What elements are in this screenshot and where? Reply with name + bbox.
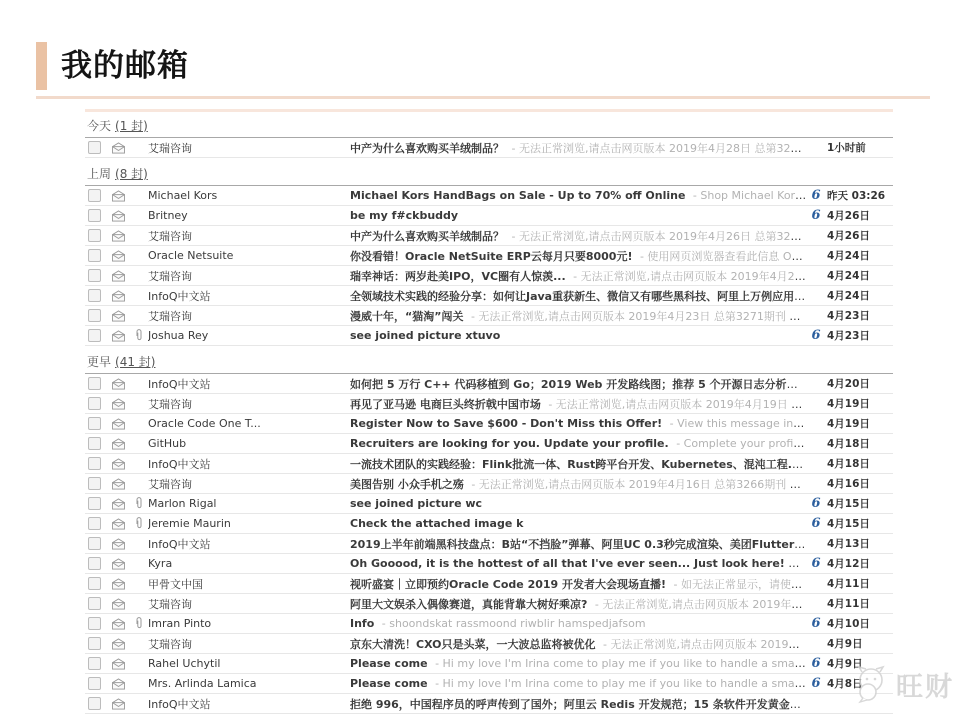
envelope-icon: [111, 378, 135, 390]
subject-cell: 京东大清洗！CXO只是头菜，一大波总监将被优化 - 无法正常浏览,请点击网页版本…: [350, 636, 807, 652]
row-checkbox-cell: [85, 557, 111, 570]
envelope-icon: [111, 190, 135, 202]
row-checkbox-cell: [85, 517, 111, 530]
envelope-icon: [111, 658, 135, 670]
subject-preview: - shoondskat rassmoond riwblir hamspedja…: [382, 617, 646, 630]
mail-date: 4月24日: [825, 268, 893, 283]
subject-preview: - 无法正常浏览,请点击网页版本 2019年4月24日 总第3265期刊 艾瑞网…: [573, 270, 807, 283]
subject-text: be my f#ckbuddy: [350, 209, 458, 222]
row-checkbox[interactable]: [88, 209, 101, 222]
envelope-icon: [111, 210, 135, 222]
row-checkbox[interactable]: [88, 249, 101, 262]
sender-name: Jeremie Maurin: [148, 517, 350, 530]
envelope-icon: [111, 438, 135, 450]
subject-preview: - Hi my love I'm Irina come to play me i…: [435, 657, 807, 670]
mail-date: 4月19日: [825, 396, 893, 411]
mail-row[interactable]: InfoQ中文站 拒绝 996，中国程序员的呼声传到了国外；阿里云 Redis …: [85, 694, 893, 714]
row-checkbox[interactable]: [88, 677, 101, 690]
watermark-dog-icon: [851, 664, 893, 704]
row-checkbox-cell: [85, 309, 111, 322]
mail-row[interactable]: 艾瑞咨询 瑞幸神话：两岁赴美IPO，VC圈有人惊羡... - 无法正常浏览,请点…: [85, 266, 893, 286]
envelope-icon: [111, 518, 135, 530]
envelope-icon: [111, 538, 135, 550]
subject-text: 全领域技术实践的经验分享：如何让Java重获新生、微信又有哪些黑科技、阿里上万例…: [350, 290, 807, 303]
row-checkbox[interactable]: [88, 229, 101, 242]
row-checkbox-cell: [85, 477, 111, 490]
mail-date: 4月16日: [825, 476, 893, 491]
envelope-icon: [111, 310, 135, 322]
row-checkbox[interactable]: [88, 309, 101, 322]
subject-cell: Recruiters are looking for you. Update y…: [350, 437, 807, 450]
subject-text: 美图告别 小众手机之殇: [350, 478, 464, 491]
mail-row[interactable]: 艾瑞咨询 阿里大文娱杀入偶像赛道，真能背靠大树好乘凉? - 无法正常浏览,请点击…: [85, 594, 893, 614]
mail-date: 4月23日: [825, 328, 893, 343]
row-checkbox[interactable]: [88, 269, 101, 282]
mail-row[interactable]: 艾瑞咨询 漫威十年，“猫淘”闯关 - 无法正常浏览,请点击网页版本 2019年4…: [85, 306, 893, 326]
subject-cell: 视听盛宴｜立即预约Oracle Code 2019 开发者大会现场直播! - 如…: [350, 576, 807, 592]
mail-row[interactable]: 艾瑞咨询 美图告别 小众手机之殇 - 无法正常浏览,请点击网页版本 2019年4…: [85, 474, 893, 494]
paperclip-icon: [135, 329, 148, 342]
blue-marker-icon: 6: [807, 657, 825, 670]
row-checkbox-cell: [85, 249, 111, 262]
mail-row[interactable]: 艾瑞咨询 中产为什么喜欢购买羊绒制品？ - 无法正常浏览,请点击网页版本 201…: [85, 138, 893, 158]
row-checkbox-cell: [85, 417, 111, 430]
subject-preview: - Looking for hot girls and womens? Want…: [792, 557, 807, 570]
subject-cell: Check the attached image k: [350, 517, 807, 530]
mail-date: 4月24日: [825, 248, 893, 263]
envelope-icon: [111, 290, 135, 302]
subject-cell: 你没看错！Oracle NetSuite ERP云每月只要8000元! - 使用…: [350, 248, 807, 264]
subject-preview: - 使用网页浏览器查看此信息 Oracle NetSuit ERP云 小企业版 …: [640, 250, 807, 263]
mail-row[interactable]: Kyra Oh Gooood, it is the hottest of all…: [85, 554, 893, 574]
row-checkbox[interactable]: [88, 477, 101, 490]
subject-text: 瑞幸神话：两岁赴美IPO，VC圈有人惊羡...: [350, 270, 566, 283]
sender-name: 艾瑞咨询: [148, 396, 350, 412]
row-checkbox-cell: [85, 497, 111, 510]
subject-cell: Oh Gooood, it is the hottest of all that…: [350, 557, 807, 570]
subject-cell: Info - shoondskat rassmoond riwblir hams…: [350, 617, 807, 630]
sender-name: Marlon Rigal: [148, 497, 350, 510]
subject-cell: 漫威十年，“猫淘”闯关 - 无法正常浏览,请点击网页版本 2019年4月23日 …: [350, 308, 807, 324]
mail-row[interactable]: Marlon Rigal see joined picture wc 6 4月1…: [85, 494, 893, 514]
envelope-icon: [111, 250, 135, 262]
row-checkbox-cell: [85, 209, 111, 222]
mail-date: 4月24日: [825, 288, 893, 303]
row-checkbox[interactable]: [88, 417, 101, 430]
mail-row[interactable]: Britney be my f#ckbuddy 6 4月26日: [85, 206, 893, 226]
subject-text: 再见了亚马逊 电商巨头终折戟中国市场: [350, 398, 541, 411]
row-checkbox[interactable]: [88, 329, 101, 342]
subject-text: 你没看错！Oracle NetSuite ERP云每月只要8000元!: [350, 250, 632, 263]
subject-preview: - View this message in a Web browser Joi…: [670, 417, 807, 430]
subject-text: Info: [350, 617, 374, 630]
mail-date: 4月18日: [825, 436, 893, 451]
row-checkbox[interactable]: [88, 557, 101, 570]
mail-row[interactable]: Jeremie Maurin Check the attached image …: [85, 514, 893, 534]
row-checkbox-cell: [85, 697, 111, 710]
envelope-icon: [111, 458, 135, 470]
subject-text: 阿里大文娱杀入偶像赛道，真能背靠大树好乘凉?: [350, 598, 587, 611]
mail-date: 昨天 03:26: [825, 188, 893, 203]
subject-text: 中产为什么喜欢购买羊绒制品？: [350, 142, 504, 155]
row-checkbox[interactable]: [88, 437, 101, 450]
row-checkbox[interactable]: [88, 189, 101, 202]
mail-row[interactable]: Oracle Code One T... Register Now to Sav…: [85, 414, 893, 434]
row-checkbox-cell: [85, 437, 111, 450]
sender-name: 艾瑞咨询: [148, 308, 350, 324]
row-checkbox-cell: [85, 597, 111, 610]
mail-date: 4月26日: [825, 228, 893, 243]
blue-marker-icon: 6: [807, 189, 825, 202]
sender-name: Imran Pinto: [148, 617, 350, 630]
mail-row[interactable]: Imran Pinto Info - shoondskat rassmoond …: [85, 614, 893, 634]
mail-row[interactable]: Michael Kors Michael Kors HandBags on Sa…: [85, 186, 893, 206]
sender-name: Britney: [148, 209, 350, 222]
mail-date: 4月20日: [825, 376, 893, 391]
sender-name: Oracle Netsuite: [148, 249, 350, 262]
mail-row[interactable]: GitHub Recruiters are looking for you. U…: [85, 434, 893, 454]
sender-name: 艾瑞咨询: [148, 228, 350, 244]
subject-preview: - Complete your profile to stand out and…: [676, 437, 807, 450]
subject-cell: 再见了亚马逊 电商巨头终折戟中国市场 - 无法正常浏览,请点击网页版本 2019…: [350, 396, 807, 412]
envelope-icon: [111, 578, 135, 590]
blue-marker-icon: 6: [807, 517, 825, 530]
mail-date: 4月13日: [825, 536, 893, 551]
sender-name: InfoQ中文站: [148, 696, 350, 712]
sender-name: Mrs. Arlinda Lamica: [148, 677, 350, 690]
mail-section-header: 上周 (8 封): [85, 161, 893, 186]
envelope-icon: [111, 678, 135, 690]
mail-date: 4月26日: [825, 208, 893, 223]
section-count-link[interactable]: (8 封): [115, 165, 148, 182]
envelope-icon: [111, 598, 135, 610]
mail-row[interactable]: Mrs. Arlinda Lamica Please come - Hi my …: [85, 674, 893, 694]
row-checkbox[interactable]: [88, 397, 101, 410]
row-checkbox-cell: [85, 537, 111, 550]
title-accent-bar: [36, 42, 47, 90]
row-checkbox-cell: [85, 329, 111, 342]
subject-preview: - 无法正常浏览,请点击网页版本 2019年4月28日 总第3272期刊 艾瑞网…: [512, 142, 808, 155]
sender-name: GitHub: [148, 437, 350, 450]
mail-date: 1小时前: [825, 140, 893, 155]
row-checkbox-cell: [85, 377, 111, 390]
sender-name: Oracle Code One T...: [148, 417, 350, 430]
subject-cell: Register Now to Save $600 - Don't Miss t…: [350, 417, 807, 430]
envelope-icon: [111, 618, 135, 630]
row-checkbox[interactable]: [88, 577, 101, 590]
mail-row[interactable]: InfoQ中文站 如何把 5 万行 C++ 代码移植到 Go；2019 Web …: [85, 374, 893, 394]
paperclip-icon: [135, 517, 148, 530]
subject-cell: 中产为什么喜欢购买羊绒制品？ - 无法正常浏览,请点击网页版本 2019年4月2…: [350, 228, 807, 244]
mail-row[interactable]: 艾瑞咨询 再见了亚马逊 电商巨头终折戟中国市场 - 无法正常浏览,请点击网页版本…: [85, 394, 893, 414]
mail-date: 4月15日: [825, 496, 893, 511]
sender-name: InfoQ中文站: [148, 456, 350, 472]
paperclip-icon: [135, 617, 148, 630]
mail-date: 4月18日: [825, 456, 893, 471]
mail-date: 4月23日: [825, 308, 893, 323]
watermark-text: 旺财: [896, 665, 954, 704]
subject-text: Register Now to Save $600 - Don't Miss t…: [350, 417, 662, 430]
subject-preview: - 无法正常浏览,请点击网页版本 2019年4月19日 总第3264期刊 艾瑞网…: [548, 398, 807, 411]
subject-text: Please come: [350, 677, 428, 690]
subject-text: Check the attached image k: [350, 517, 523, 530]
row-checkbox-cell: [85, 657, 111, 670]
section-label: 更早: [87, 353, 111, 370]
row-checkbox[interactable]: [88, 657, 101, 670]
subject-text: 如何把 5 万行 C++ 代码移植到 Go；2019 Web 开发路线图；推荐 …: [350, 378, 807, 391]
envelope-icon: [111, 558, 135, 570]
row-checkbox[interactable]: [88, 457, 101, 470]
row-checkbox[interactable]: [88, 637, 101, 650]
subject-cell: 如何把 5 万行 C++ 代码移植到 Go；2019 Web 开发路线图；推荐 …: [350, 376, 807, 392]
subject-preview: - Hi my love I'm Irina come to play me i…: [435, 677, 807, 690]
mail-row[interactable]: InfoQ中文站 全领域技术实践的经验分享：如何让Java重获新生、微信又有哪些…: [85, 286, 893, 306]
subject-text: 漫威十年，“猫淘”闯关: [350, 310, 463, 323]
row-checkbox-cell: [85, 189, 111, 202]
page-title: 我的邮箱: [61, 40, 189, 85]
title-underline: [36, 96, 930, 99]
row-checkbox-cell: [85, 457, 111, 470]
row-checkbox[interactable]: [88, 697, 101, 710]
watermark: 旺财: [851, 664, 954, 704]
section-label: 今天: [87, 117, 111, 134]
subject-text: see joined picture xtuvo: [350, 329, 500, 342]
row-checkbox[interactable]: [88, 289, 101, 302]
subject-cell: 阿里大文娱杀入偶像赛道，真能背靠大树好乘凉? - 无法正常浏览,请点击网页版本 …: [350, 596, 807, 612]
row-checkbox[interactable]: [88, 497, 101, 510]
subject-cell: Please come - Hi my love I'm Irina come …: [350, 677, 807, 690]
sender-name: Joshua Rey: [148, 329, 350, 342]
subject-text: 2019上半年前端黑科技盘点：B站“不挡脸”弹幕、阿里UC 0.3秒完成渲染、美…: [350, 538, 807, 551]
sender-name: 艾瑞咨询: [148, 140, 350, 156]
subject-preview: - Shop Michael Kors The Walk View on a w…: [693, 189, 807, 202]
subject-cell: 拒绝 996，中国程序员的呼声传到了国外；阿里云 Redis 开发规范；15 条…: [350, 696, 807, 712]
envelope-icon: [111, 498, 135, 510]
mail-row[interactable]: InfoQ中文站 一流技术团队的实践经验：Flink批流一体、Rust跨平台开发…: [85, 454, 893, 474]
subject-cell: 全领域技术实践的经验分享：如何让Java重获新生、微信又有哪些黑科技、阿里上万例…: [350, 288, 807, 304]
subject-cell: see joined picture xtuvo: [350, 329, 807, 342]
subject-text: 视听盛宴｜立即预约Oracle Code 2019 开发者大会现场直播!: [350, 578, 666, 591]
envelope-icon: [111, 330, 135, 342]
subject-cell: 一流技术团队的实践经验：Flink批流一体、Rust跨平台开发、Kubernet…: [350, 456, 807, 472]
subject-cell: Michael Kors HandBags on Sale - Up to 70…: [350, 189, 807, 202]
row-checkbox-cell: [85, 289, 111, 302]
sender-name: Rahel Uchytil: [148, 657, 350, 670]
mail-section-header: 今天 (1 封): [85, 113, 893, 138]
mail-row[interactable]: 艾瑞咨询 中产为什么喜欢购买羊绒制品？ - 无法正常浏览,请点击网页版本 201…: [85, 226, 893, 246]
mail-row[interactable]: 艾瑞咨询 京东大清洗！CXO只是头菜，一大波总监将被优化 - 无法正常浏览,请点…: [85, 634, 893, 654]
row-checkbox-cell: [85, 577, 111, 590]
sender-name: InfoQ中文站: [148, 288, 350, 304]
subject-text: 京东大清洗！CXO只是头菜，一大波总监将被优化: [350, 638, 596, 651]
subject-preview: - 无法正常浏览,请点击网页版本 2019年4月16日 总第3266期刊 艾瑞网…: [471, 478, 807, 491]
subject-preview: - 无法正常浏览,请点击网页版本 2019年4月9日 总第3261期刊 艾瑞网 …: [603, 638, 807, 651]
subject-cell: 中产为什么喜欢购买羊绒制品？ - 无法正常浏览,请点击网页版本 2019年4月2…: [350, 140, 807, 156]
section-count-link[interactable]: (41 封): [115, 353, 155, 370]
row-checkbox-cell: [85, 269, 111, 282]
sender-name: 艾瑞咨询: [148, 636, 350, 652]
subject-preview: - 无法正常浏览,请点击网页版本 2019年4月26日 总第3269期刊 艾瑞网…: [512, 230, 808, 243]
subject-text: Oh Gooood, it is the hottest of all that…: [350, 557, 785, 570]
row-checkbox[interactable]: [88, 377, 101, 390]
subject-cell: 2019上半年前端黑科技盘点：B站“不挡脸”弹幕、阿里UC 0.3秒完成渲染、美…: [350, 536, 807, 552]
mail-row[interactable]: 甲骨文中国 视听盛宴｜立即预约Oracle Code 2019 开发者大会现场直…: [85, 574, 893, 594]
subject-text: 中产为什么喜欢购买羊绒制品？: [350, 230, 504, 243]
row-checkbox[interactable]: [88, 537, 101, 550]
mail-row[interactable]: InfoQ中文站 2019上半年前端黑科技盘点：B站“不挡脸”弹幕、阿里UC 0…: [85, 534, 893, 554]
row-checkbox-cell: [85, 637, 111, 650]
blue-marker-icon: 6: [807, 329, 825, 342]
section-label: 上周: [87, 165, 111, 182]
row-checkbox-cell: [85, 397, 111, 410]
sender-name: InfoQ中文站: [148, 376, 350, 392]
row-checkbox-cell: [85, 677, 111, 690]
sender-name: Michael Kors: [148, 189, 350, 202]
row-checkbox[interactable]: [88, 141, 101, 154]
mail-date: 4月15日: [825, 516, 893, 531]
subject-preview: - 无法正常浏览,请点击网页版本 2019年4月23日 总第3271期刊 艾瑞网…: [471, 310, 807, 323]
row-checkbox[interactable]: [88, 617, 101, 630]
row-checkbox-cell: [85, 141, 111, 154]
mail-row[interactable]: Oracle Netsuite 你没看错！Oracle NetSuite ERP…: [85, 246, 893, 266]
sender-name: 艾瑞咨询: [148, 596, 350, 612]
blue-marker-icon: 6: [807, 497, 825, 510]
slide: 我的邮箱 今天 (1 封) 艾瑞咨询 中产为什么喜欢购买羊绒制品？ - 无法正常…: [0, 0, 960, 720]
subject-preview: - 无法正常浏览,请点击网页版本 2019年4月11日 总第3257期刊 艾瑞网…: [595, 598, 807, 611]
envelope-icon: [111, 698, 135, 710]
envelope-icon: [111, 142, 135, 154]
mail-row[interactable]: Rahel Uchytil Please come - Hi my love I…: [85, 654, 893, 674]
envelope-icon: [111, 478, 135, 490]
subject-cell: 瑞幸神话：两岁赴美IPO，VC圈有人惊羡... - 无法正常浏览,请点击网页版本…: [350, 268, 807, 284]
section-count-link[interactable]: (1 封): [115, 117, 148, 134]
subject-cell: see joined picture wc: [350, 497, 807, 510]
row-checkbox[interactable]: [88, 517, 101, 530]
sender-name: InfoQ中文站: [148, 536, 350, 552]
subject-preview: - 如无法正常显示，请使用浏览器点击这里 现场直播预告 立即报名…: [674, 578, 807, 591]
subject-text: Michael Kors HandBags on Sale - Up to 70…: [350, 189, 685, 202]
row-checkbox-cell: [85, 617, 111, 630]
sender-name: 甲骨文中国: [148, 576, 350, 592]
mail-row[interactable]: Joshua Rey see joined picture xtuvo 6 4月…: [85, 326, 893, 346]
subject-cell: Please come - Hi my love I'm Irina come …: [350, 657, 807, 670]
blue-marker-icon: 6: [807, 209, 825, 222]
subject-text: Recruiters are looking for you. Update y…: [350, 437, 669, 450]
paperclip-icon: [135, 497, 148, 510]
blue-marker-icon: 6: [807, 617, 825, 630]
envelope-icon: [111, 398, 135, 410]
blue-marker-icon: 6: [807, 677, 825, 690]
mail-date: 4月19日: [825, 416, 893, 431]
mail-date: 4月11日: [825, 576, 893, 591]
mail-date: 4月12日: [825, 556, 893, 571]
envelope-icon: [111, 638, 135, 650]
blue-marker-icon: 6: [807, 557, 825, 570]
mail-date: 4月10日: [825, 616, 893, 631]
mail-section-header: 更早 (41 封): [85, 349, 893, 374]
envelope-icon: [111, 270, 135, 282]
mail-list: 今天 (1 封) 艾瑞咨询 中产为什么喜欢购买羊绒制品？ - 无法正常浏览,请点…: [85, 109, 893, 714]
subject-text: 拒绝 996，中国程序员的呼声传到了国外；阿里云 Redis 开发规范；15 条…: [350, 698, 807, 711]
sender-name: Kyra: [148, 557, 350, 570]
subject-text: see joined picture wc: [350, 497, 482, 510]
mail-date: 4月11日: [825, 596, 893, 611]
row-checkbox[interactable]: [88, 597, 101, 610]
sender-name: 艾瑞咨询: [148, 476, 350, 492]
envelope-icon: [111, 418, 135, 430]
row-checkbox-cell: [85, 229, 111, 242]
subject-text: Please come: [350, 657, 428, 670]
subject-cell: be my f#ckbuddy: [350, 209, 807, 222]
mail-date: 4月9日: [825, 636, 893, 651]
envelope-icon: [111, 230, 135, 242]
subject-cell: 美图告别 小众手机之殇 - 无法正常浏览,请点击网页版本 2019年4月16日 …: [350, 476, 807, 492]
subject-text: 一流技术团队的实践经验：Flink批流一体、Rust跨平台开发、Kubernet…: [350, 458, 807, 471]
sender-name: 艾瑞咨询: [148, 268, 350, 284]
